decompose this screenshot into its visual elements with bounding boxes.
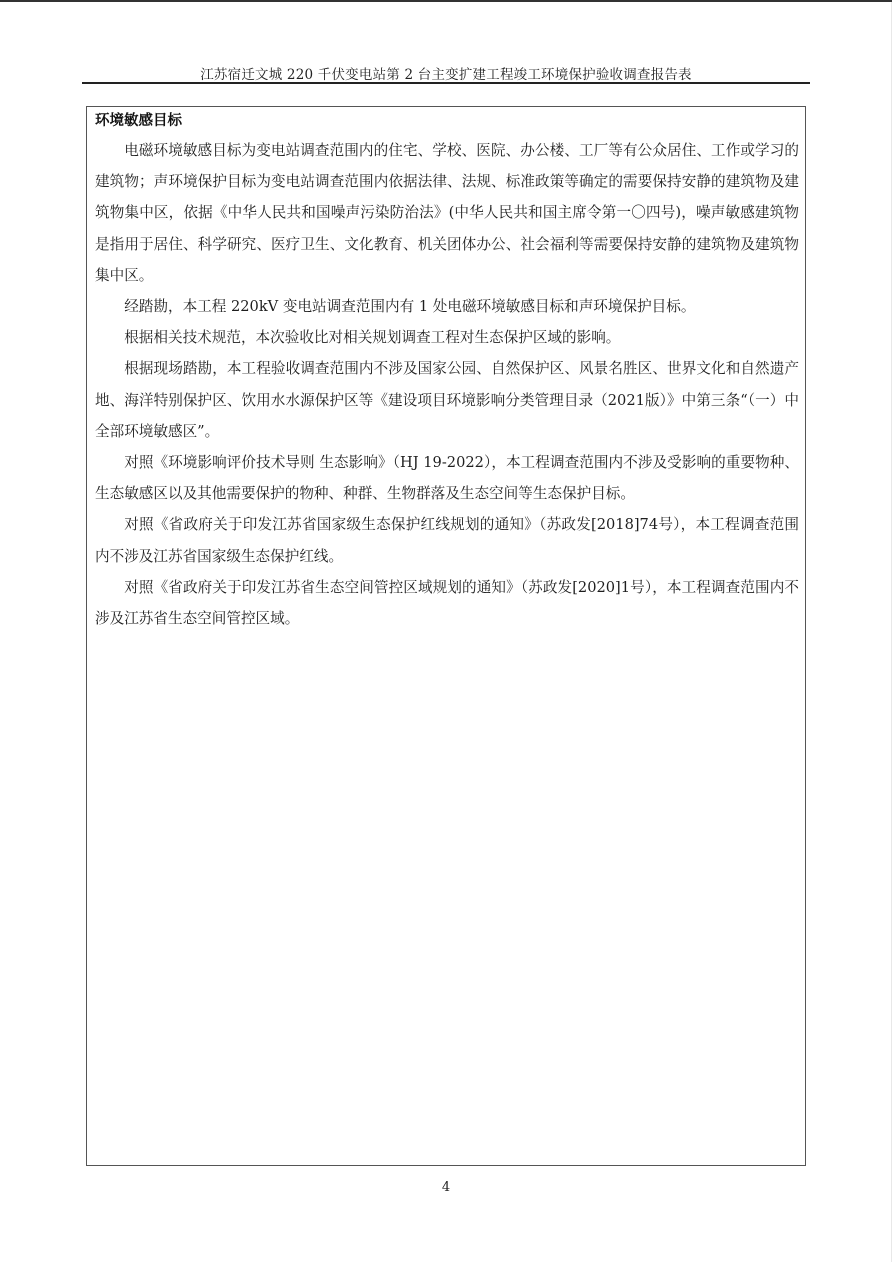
paragraph-sensitive-areas: 根据现场踏勘，本工程验收调查范围内不涉及国家公园、自然保护区、风景名胜区、世界文… xyxy=(95,353,799,447)
header-rule xyxy=(82,82,810,84)
paragraph-eia-guideline: 对照《环境影响评价技术导则 生态影响》（HJ 19-2022），本工程调查范围内… xyxy=(95,447,799,509)
paragraph-sensitive-target-definition: 电磁环境敏感目标为变电站调查范围内的住宅、学校、医院、办公楼、工厂等有公众居住、… xyxy=(95,135,799,291)
content-table-cell: 环境敏感目标 电磁环境敏感目标为变电站调查范围内的住宅、学校、医院、办公楼、工厂… xyxy=(86,106,806,1166)
paragraph-survey-result: 经踏勘，本工程 220kV 变电站调查范围内有 1 处电磁环境敏感目标和声环境保… xyxy=(95,291,799,322)
page-number: 4 xyxy=(0,1180,892,1195)
paragraph-technical-standard: 根据相关技术规范，本次验收比对相关规划调查工程对生态保护区域的影响。 xyxy=(95,322,799,353)
paragraph-redline-plan: 对照《省政府关于印发江苏省国家级生态保护红线规划的通知》（苏政发[2018]74… xyxy=(95,509,799,571)
paragraph-spatial-control: 对照《省政府关于印发江苏省生态空间管控区域规划的通知》（苏政发[2020]1号）… xyxy=(95,572,799,634)
section-heading: 环境敏感目标 xyxy=(95,109,182,130)
report-header-title: 江苏宿迁文城 220 千伏变电站第 2 台主变扩建工程竣工环境保护验收调查报告表 xyxy=(82,63,810,83)
page-top-edge xyxy=(0,0,892,2)
section-body: 电磁环境敏感目标为变电站调查范围内的住宅、学校、医院、办公楼、工厂等有公众居住、… xyxy=(95,135,799,634)
